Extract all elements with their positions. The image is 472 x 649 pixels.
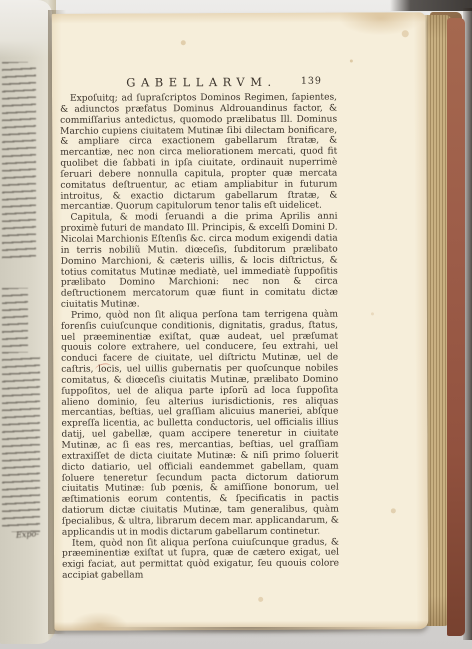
paragraph: Capitula, & modi ſeruandi a die prima Ap… [61, 212, 338, 311]
backdrop-dark-band [390, 0, 472, 11]
facing-page-corner [0, 0, 52, 58]
paragraph: Primo, quòd non ſit aliqua perſona tam t… [61, 309, 339, 538]
paper-foxing-spots [52, 14, 55, 17]
book-page: GABELLARVM. 139 Expoſuitq; ad ſupraſcrip… [52, 12, 429, 631]
body-text: Expoſuitq; ad ſupraſcriptos Dominos Regi… [60, 93, 339, 582]
running-header-title: GABELLARVM. [60, 75, 337, 90]
facing-page-text-blur [2, 352, 40, 532]
running-header: GABELLARVM. 139 [60, 75, 337, 91]
book-bottom-shadow [58, 627, 440, 636]
paragraph: Expoſuitq; ad ſupraſcriptos Dominos Regi… [60, 93, 338, 213]
photo-of-open-book: { "page": { "header": { "title": "GABELL… [0, 0, 472, 649]
facing-page-catchword: Expo- [16, 529, 40, 540]
facing-page-text-blur [2, 288, 28, 348]
page-number: 139 [301, 76, 322, 87]
book-cover [447, 18, 465, 636]
facing-page-text-blur [2, 62, 36, 262]
paragraph: Item, quòd non ſit aliqua perſona cuiuſc… [62, 537, 339, 582]
